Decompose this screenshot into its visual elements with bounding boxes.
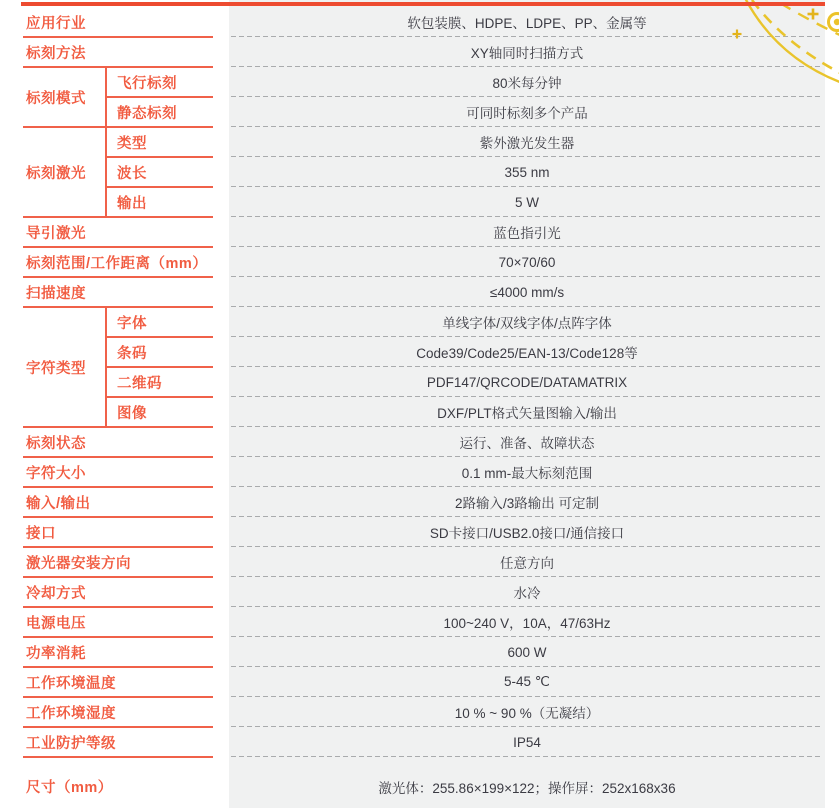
spec-row: 输入/输出2路输入/3路输出 可定制	[0, 487, 839, 517]
top-accent-bar	[21, 2, 825, 6]
group-sublabels: 字体条码二维码图像	[105, 307, 229, 427]
spec-label: 应用行业	[26, 12, 86, 33]
spec-row: 标刻状态运行、准备、故障状态	[0, 427, 839, 457]
spec-sublabel: 二维码	[117, 372, 162, 393]
group-underline	[23, 216, 213, 218]
spec-value: 紫外激光发生器	[480, 132, 575, 152]
spec-value-cell: ≤4000 mm/s	[229, 277, 839, 307]
spec-row: 电源电压100~240 V，10A，47/63Hz	[0, 607, 839, 637]
spec-row: 工业防护等级IP54	[0, 727, 839, 757]
label-underline	[23, 546, 213, 548]
group-values: 紫外激光发生器355 nm5 W	[229, 127, 839, 217]
label-underline	[23, 666, 213, 668]
spec-label-cell: 标刻范围/工作距离（mm）	[0, 247, 229, 277]
spec-row: 导引激光蓝色指引光	[0, 217, 839, 247]
spec-value: ≤4000 mm/s	[490, 285, 564, 300]
spec-row: 尺寸（mm）激光体：255.86×199×122；操作屏：252x168x36	[0, 765, 839, 808]
spec-label: 标刻范围/工作距离（mm）	[26, 252, 207, 273]
label-underline	[23, 636, 213, 638]
spec-subrow: 静态标刻	[105, 97, 229, 127]
spec-sublabel: 条码	[117, 342, 147, 363]
label-underline	[23, 696, 213, 698]
spec-value: IP54	[513, 735, 541, 750]
label-underline	[23, 756, 213, 758]
spec-label: 接口	[26, 522, 56, 543]
spec-label-cell: 尺寸（mm）	[0, 765, 229, 808]
label-underline	[23, 66, 213, 68]
spec-value-cell: 600 W	[229, 637, 839, 667]
spec-label-cell: 字符大小	[0, 457, 229, 487]
spec-value-cell: 5 W	[229, 187, 839, 217]
spec-value-cell: 运行、准备、故障状态	[229, 427, 839, 457]
spec-row: 冷却方式水冷	[0, 577, 839, 607]
spec-value-cell: 单线字体/双线字体/点阵字体	[229, 307, 839, 337]
spec-group-row: 标刻激光类型波长输出紫外激光发生器355 nm5 W	[0, 127, 839, 217]
group-sublabels: 飞行标刻静态标刻	[105, 67, 229, 127]
label-underline	[23, 276, 213, 278]
group-label-cell: 标刻激光	[0, 127, 105, 217]
spec-value: DXF/PLT格式矢量图输入/输出	[437, 402, 617, 422]
label-underline	[23, 456, 213, 458]
sublabel-underline	[105, 186, 213, 188]
spec-value: 水冷	[514, 582, 541, 602]
spec-row: 应用行业软包装膜、HDPE、LDPE、PP、金属等	[0, 7, 839, 37]
spec-value-cell: 软包装膜、HDPE、LDPE、PP、金属等	[229, 7, 839, 37]
spec-label-cell: 工作环境温度	[0, 667, 229, 697]
spec-label-cell: 应用行业	[0, 7, 229, 37]
spec-label-cell: 标刻状态	[0, 427, 229, 457]
spec-row: 扫描速度≤4000 mm/s	[0, 277, 839, 307]
group-label: 标刻模式	[26, 87, 86, 108]
label-underline	[23, 246, 213, 248]
spec-value: 单线字体/双线字体/点阵字体	[442, 312, 612, 332]
spec-subrow: 飞行标刻	[105, 67, 229, 97]
spec-subrow: 字体	[105, 307, 229, 337]
group-label: 标刻激光	[26, 162, 86, 183]
spec-row: 激光器安装方向任意方向	[0, 547, 839, 577]
spec-label: 工作环境温度	[26, 672, 116, 693]
spec-value-cell: 0.1 mm-最大标刻范围	[229, 457, 839, 487]
spec-value-cell: 紫外激光发生器	[229, 127, 839, 157]
spec-label: 工业防护等级	[26, 732, 116, 753]
spec-value-cell: 80米每分钟	[229, 67, 839, 97]
spec-value-cell: 蓝色指引光	[229, 217, 839, 247]
spec-sublabel: 波长	[117, 162, 147, 183]
spec-label: 字符大小	[26, 462, 86, 483]
spec-value: 激光体：255.86×199×122；操作屏：252x168x36	[378, 777, 675, 797]
spec-row: 接口SD卡接口/USB2.0接口/通信接口	[0, 517, 839, 547]
group-underline	[23, 426, 213, 428]
spec-label: 导引激光	[26, 222, 86, 243]
sublabel-underline	[105, 96, 213, 98]
label-underline	[23, 576, 213, 578]
spec-value-cell: 任意方向	[229, 547, 839, 577]
spec-value-cell: Code39/Code25/EAN-13/Code128等	[229, 337, 839, 367]
spec-row: 标刻范围/工作距离（mm）70×70/60	[0, 247, 839, 277]
spec-sublabel: 输出	[117, 192, 147, 213]
spec-label: 电源电压	[26, 612, 86, 633]
spec-value: 100~240 V，10A，47/63Hz	[444, 612, 611, 632]
spec-value: 355 nm	[504, 165, 549, 180]
spec-value-cell: 5-45 ℃	[229, 667, 839, 697]
spec-subrow: 输出	[105, 187, 229, 217]
spec-label-cell: 冷却方式	[0, 577, 229, 607]
spec-value-cell: 可同时标刻多个产品	[229, 97, 839, 127]
spec-sublabel: 字体	[117, 312, 147, 333]
spec-value-cell: 10 % ~ 90 %（无凝结）	[229, 697, 839, 727]
group-divider-line	[105, 127, 107, 217]
spec-sublabel: 类型	[117, 132, 147, 153]
spec-value: 600 W	[507, 645, 546, 660]
spec-label-cell: 工业防护等级	[0, 727, 229, 757]
label-underline	[23, 516, 213, 518]
spec-label-cell: 电源电压	[0, 607, 229, 637]
label-underline	[23, 606, 213, 608]
group-underline	[23, 126, 213, 128]
spec-value: 软包装膜、HDPE、LDPE、PP、金属等	[407, 12, 646, 32]
spec-value: 运行、准备、故障状态	[460, 432, 595, 452]
spec-row: 字符大小0.1 mm-最大标刻范围	[0, 457, 839, 487]
spec-value: 5 W	[515, 195, 539, 210]
spec-value-cell: 70×70/60	[229, 247, 839, 277]
label-underline	[23, 306, 213, 308]
spec-label: 工作环境湿度	[26, 702, 116, 723]
spec-label: 冷却方式	[26, 582, 86, 603]
spec-value: SD卡接口/USB2.0接口/通信接口	[430, 522, 624, 542]
spec-value: 任意方向	[500, 552, 554, 572]
sublabel-underline	[105, 366, 213, 368]
sublabel-underline	[105, 336, 213, 338]
spec-value-cell: SD卡接口/USB2.0接口/通信接口	[229, 517, 839, 547]
spec-label-cell: 输入/输出	[0, 487, 229, 517]
spec-table: 应用行业软包装膜、HDPE、LDPE、PP、金属等标刻方法XY轴同时扫描方式标刻…	[0, 7, 839, 808]
spec-label-cell: 标刻方法	[0, 37, 229, 67]
group-label-cell: 字符类型	[0, 307, 105, 427]
spec-value-cell: XY轴同时扫描方式	[229, 37, 839, 67]
group-values: 80米每分钟可同时标刻多个产品	[229, 67, 839, 127]
spec-label-cell: 导引激光	[0, 217, 229, 247]
spec-value: 70×70/60	[499, 255, 556, 270]
spec-group-row: 标刻模式飞行标刻静态标刻80米每分钟可同时标刻多个产品	[0, 67, 839, 127]
group-sublabels: 类型波长输出	[105, 127, 229, 217]
group-values: 单线字体/双线字体/点阵字体Code39/Code25/EAN-13/Code1…	[229, 307, 839, 427]
spec-value: 2路输入/3路输出 可定制	[455, 492, 599, 512]
spec-label: 输入/输出	[26, 492, 91, 513]
label-underline	[23, 36, 213, 38]
sublabel-underline	[105, 396, 213, 398]
spec-value: XY轴同时扫描方式	[471, 42, 584, 62]
sublabel-underline	[105, 156, 213, 158]
spec-label-cell: 激光器安装方向	[0, 547, 229, 577]
spec-label: 标刻方法	[26, 42, 86, 63]
spec-value-cell: 355 nm	[229, 157, 839, 187]
spec-sublabel: 飞行标刻	[117, 72, 177, 93]
group-label: 字符类型	[26, 357, 86, 378]
spec-value-cell: 2路输入/3路输出 可定制	[229, 487, 839, 517]
spec-label: 功率消耗	[26, 642, 86, 663]
spec-label-cell: 功率消耗	[0, 637, 229, 667]
spec-label-cell: 工作环境湿度	[0, 697, 229, 727]
spec-label: 标刻状态	[26, 432, 86, 453]
spec-label-cell: 扫描速度	[0, 277, 229, 307]
spec-value-cell: DXF/PLT格式矢量图输入/输出	[229, 397, 839, 427]
spec-value-cell: IP54	[229, 727, 839, 757]
spec-value-cell: 100~240 V，10A，47/63Hz	[229, 607, 839, 637]
spec-row: 功率消耗600 W	[0, 637, 839, 667]
dashed-separator	[231, 756, 823, 757]
spec-value: 10 % ~ 90 %（无凝结）	[455, 702, 599, 722]
spec-label: 扫描速度	[26, 282, 86, 303]
spec-value: PDF147/QRCODE/DATAMATRIX	[427, 375, 627, 390]
spec-value: 0.1 mm-最大标刻范围	[462, 462, 593, 482]
spec-subrow: 波长	[105, 157, 229, 187]
spec-sublabel: 静态标刻	[117, 102, 177, 123]
spec-value: 可同时标刻多个产品	[466, 102, 588, 122]
group-label-cell: 标刻模式	[0, 67, 105, 127]
spec-value: 5-45 ℃	[504, 674, 550, 690]
spec-value: 蓝色指引光	[493, 222, 561, 242]
spec-subrow: 图像	[105, 397, 229, 427]
label-underline	[23, 486, 213, 488]
spec-row: 工作环境温度5-45 ℃	[0, 667, 839, 697]
spec-subrow: 条码	[105, 337, 229, 367]
spec-value: 80米每分钟	[492, 72, 561, 92]
spec-value-cell: 激光体：255.86×199×122；操作屏：252x168x36	[229, 765, 839, 808]
spec-sheet: 应用行业软包装膜、HDPE、LDPE、PP、金属等标刻方法XY轴同时扫描方式标刻…	[0, 0, 839, 808]
spec-group-row: 字符类型字体条码二维码图像单线字体/双线字体/点阵字体Code39/Code25…	[0, 307, 839, 427]
spec-value-cell: 水冷	[229, 577, 839, 607]
spec-label-cell: 接口	[0, 517, 229, 547]
label-underline	[23, 726, 213, 728]
spec-sublabel: 图像	[117, 402, 147, 423]
spec-row: 工作环境湿度10 % ~ 90 %（无凝结）	[0, 697, 839, 727]
spec-row: 标刻方法XY轴同时扫描方式	[0, 37, 839, 67]
spec-value-cell: PDF147/QRCODE/DATAMATRIX	[229, 367, 839, 397]
spec-subrow: 类型	[105, 127, 229, 157]
spec-subrow: 二维码	[105, 367, 229, 397]
spec-label: 尺寸（mm）	[26, 776, 113, 797]
spec-value: Code39/Code25/EAN-13/Code128等	[416, 342, 637, 362]
spec-label: 激光器安装方向	[26, 552, 131, 573]
